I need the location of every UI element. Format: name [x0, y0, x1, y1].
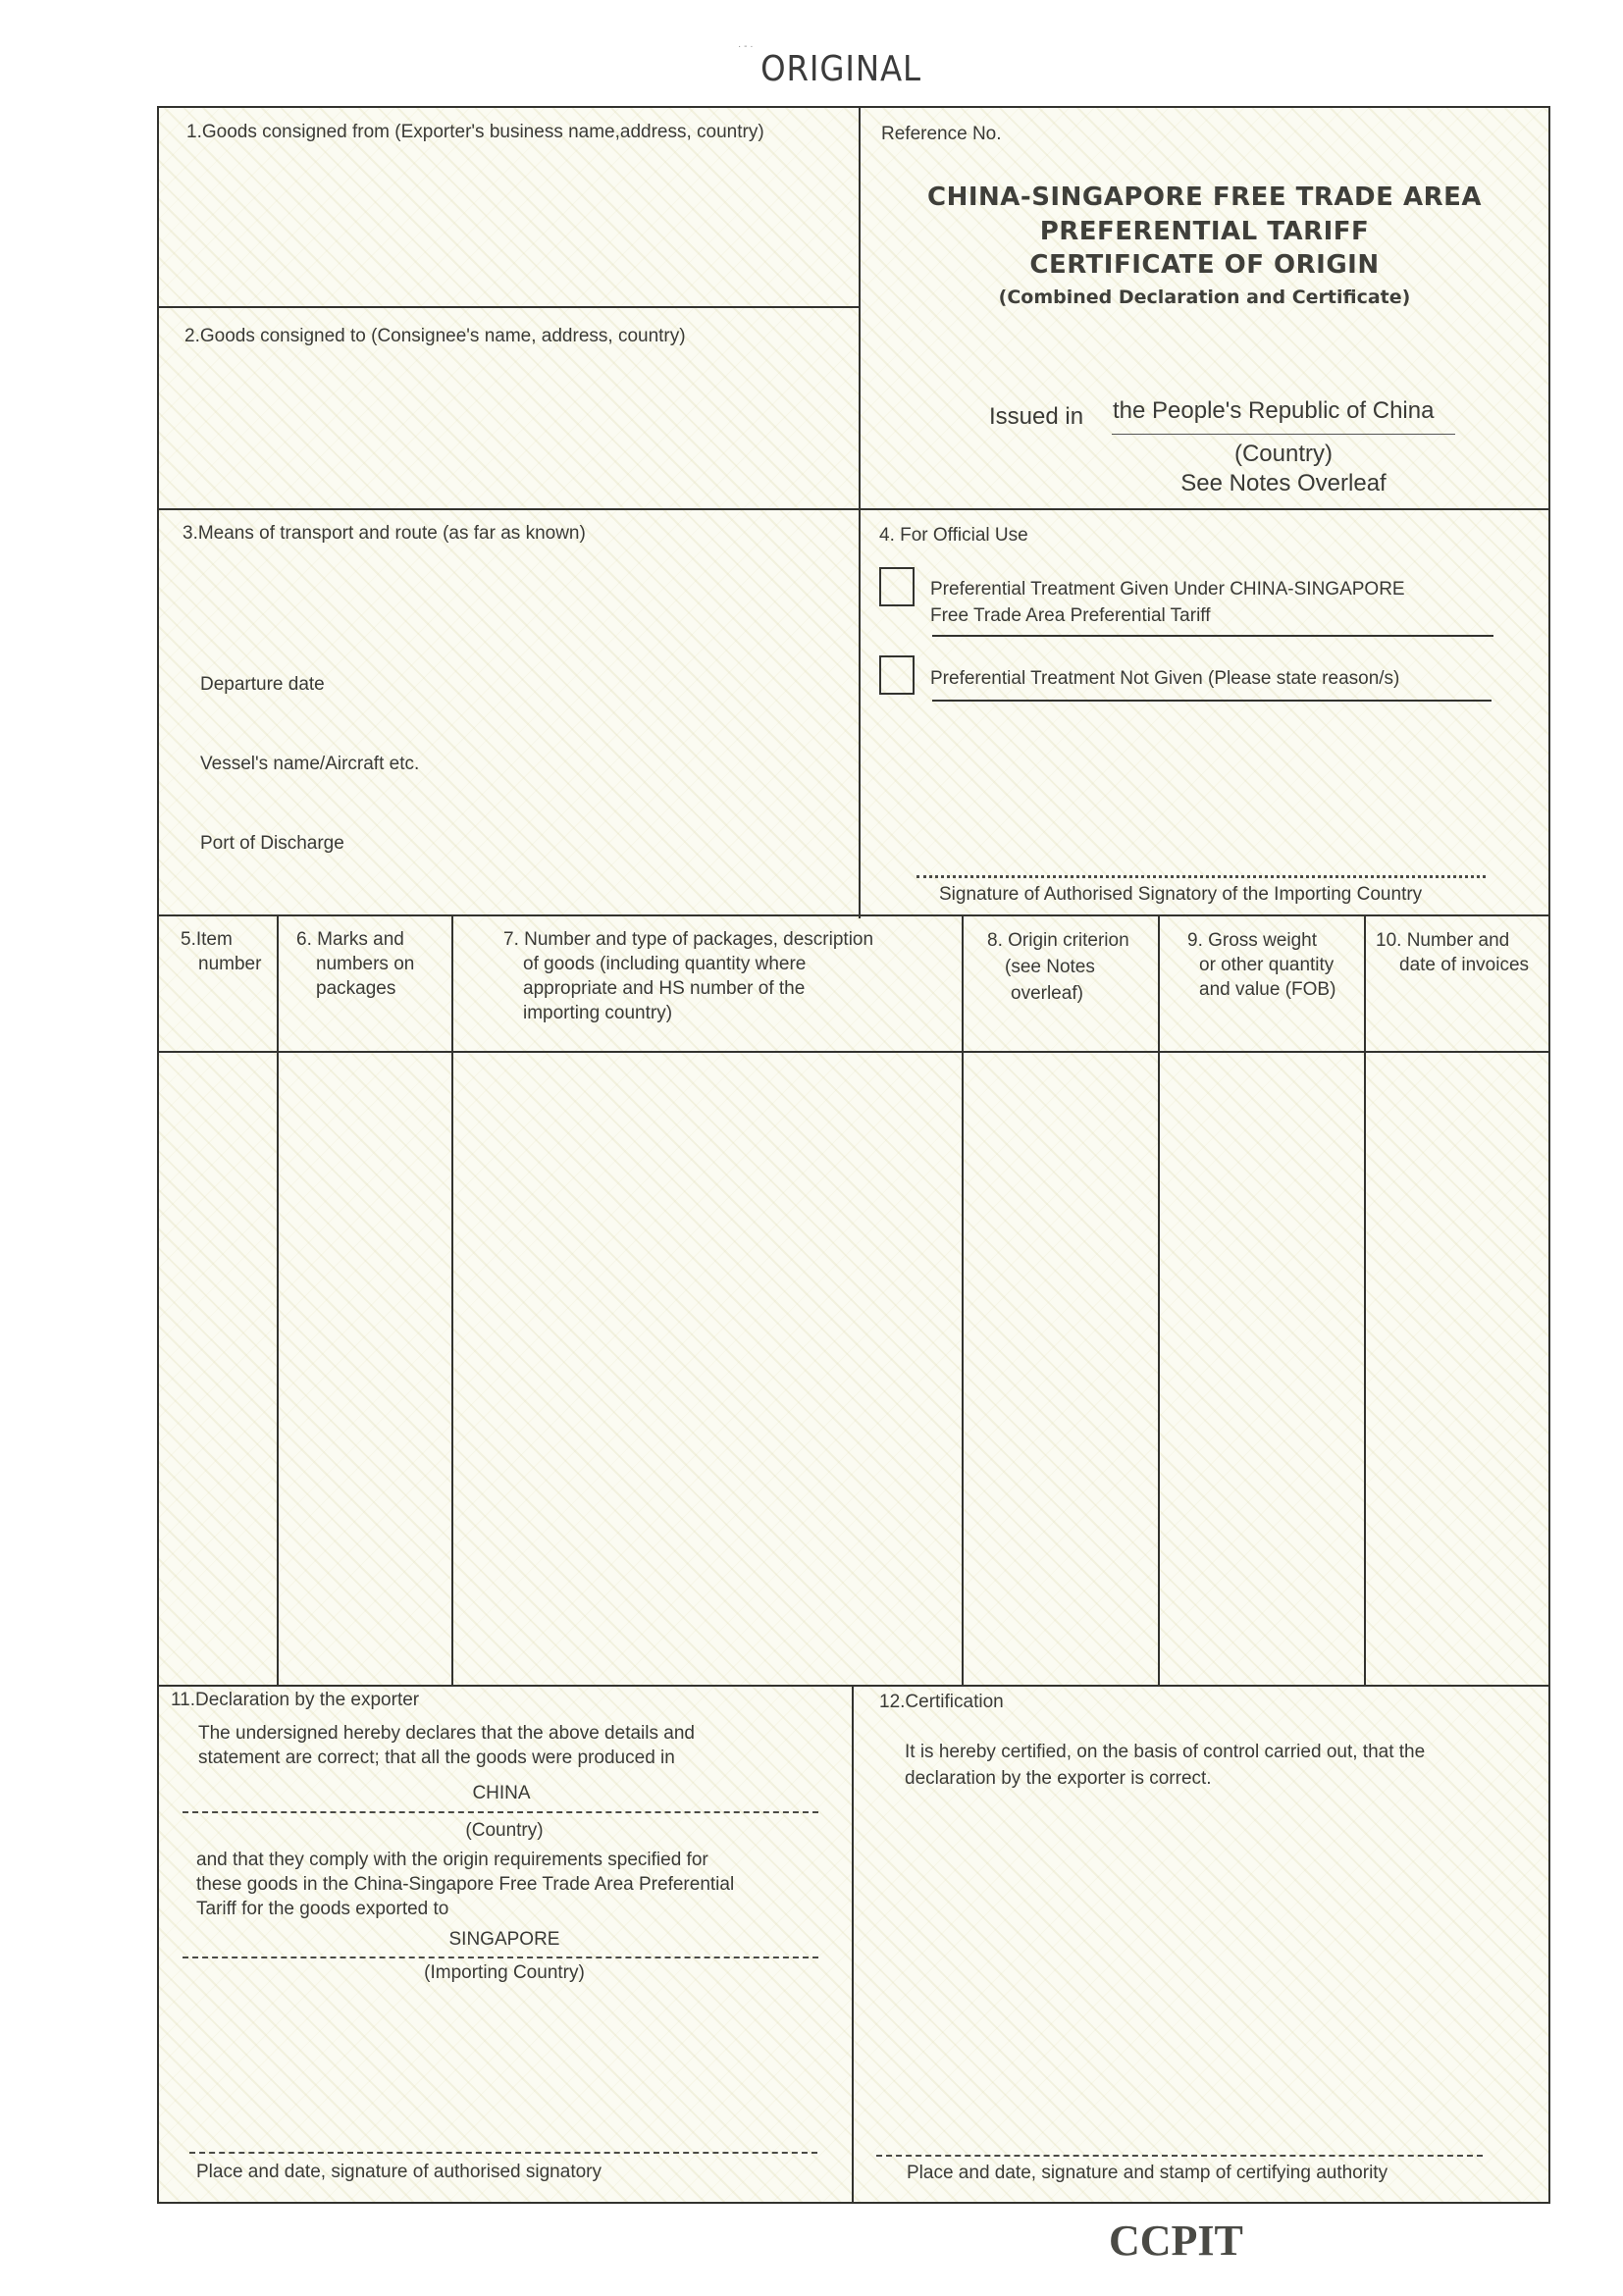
box11-para1-line2: statement are correct; that all the good… — [198, 1746, 675, 1770]
cell-gross-weight[interactable] — [1162, 1055, 1362, 1683]
col-header-marks: 6. Marks and numbers on packages — [296, 927, 453, 1001]
col-divider-4 — [1158, 914, 1160, 1686]
box1-exporter-field[interactable] — [162, 147, 854, 302]
box3-label: 3.Means of transport and route (as far a… — [183, 521, 586, 546]
cell-description[interactable] — [455, 1055, 960, 1683]
cell-marks[interactable] — [281, 1055, 449, 1683]
reference-number-field[interactable] — [1021, 116, 1531, 149]
col-header-item-number: 5.Item number — [181, 927, 274, 976]
box2-consignee-field[interactable] — [162, 353, 854, 504]
col-divider-2 — [451, 914, 453, 1686]
importing-signature-line — [916, 875, 1486, 878]
form-title-line3: CERTIFICATE OF ORIGIN — [859, 248, 1550, 283]
importing-country-caption: (Importing Country) — [183, 1960, 826, 1985]
importing-country-value: SINGAPORE — [183, 1927, 826, 1952]
box12-para-line1: It is hereby certified, on the basis of … — [905, 1740, 1425, 1764]
form-title-line1: CHINA-SINGAPORE FREE TRADE AREA — [859, 181, 1550, 215]
box11-para2-line2: these goods in the China-Singapore Free … — [196, 1872, 734, 1897]
producing-country-line — [183, 1811, 818, 1813]
cell-invoices[interactable] — [1368, 1055, 1548, 1683]
reference-label: Reference No. — [881, 122, 1002, 146]
box2-label: 2.Goods consigned to (Consignee's name, … — [184, 324, 686, 348]
option-given-line1: Preferential Treatment Given Under CHINA… — [930, 577, 1405, 601]
box1-label: 1.Goods consigned from (Exporter's busin… — [186, 120, 764, 144]
certifier-signature-line — [876, 2155, 1483, 2157]
form-title-line2: PREFERENTIAL TARIFF — [859, 215, 1550, 249]
issued-in-value: the People's Republic of China — [1113, 398, 1434, 423]
see-notes-overleaf: See Notes Overleaf — [1112, 471, 1455, 496]
col-divider-3 — [962, 914, 964, 1686]
importing-country-line — [183, 1957, 818, 1958]
option-given-line2: Free Trade Area Preferential Tariff — [930, 603, 1211, 628]
issued-in-label: Issued in — [989, 404, 1083, 429]
vessel-name-label: Vessel's name/Aircraft etc. — [200, 752, 419, 776]
original-stamp: ORIGINAL — [0, 49, 1623, 89]
certifier-signature-field[interactable] — [873, 1805, 1531, 2149]
col-header-origin-criterion: 8. Origin criterion (see Notes overleaf) — [987, 928, 1159, 1006]
checkbox-preferential-not-given[interactable] — [879, 655, 915, 695]
divider-bottom-middle — [852, 1685, 854, 2204]
box12-label: 12.Certification — [879, 1690, 1004, 1714]
option-not-given-underline — [932, 700, 1492, 702]
col-header-description: 7. Number and type of packages, descript… — [503, 927, 965, 1025]
box11-para2-line1: and that they comply with the origin req… — [196, 1848, 708, 1872]
box12-para-line2: declaration by the exporter is correct. — [905, 1766, 1212, 1791]
cell-item-number[interactable] — [161, 1055, 275, 1683]
exporter-signature-line — [189, 2152, 817, 2154]
exporter-signature-caption: Place and date, signature of authorised … — [196, 2160, 602, 2184]
producing-country-caption: (Country) — [183, 1818, 826, 1843]
departure-date-label: Departure date — [200, 672, 325, 697]
col-divider-1 — [277, 914, 279, 1686]
box11-para1-line1: The undersigned hereby declares that the… — [198, 1721, 695, 1746]
divider-row3 — [157, 914, 1550, 916]
col-divider-5 — [1364, 914, 1366, 1686]
divider-table-bottom — [157, 1685, 1550, 1687]
col-header-gross-weight: 9. Gross weight or other quantity and va… — [1187, 928, 1364, 1002]
exporter-signature-field[interactable] — [186, 2002, 824, 2149]
option-given-underline — [932, 635, 1493, 637]
importing-signature-caption: Signature of Authorised Signatory of the… — [939, 882, 1422, 907]
form-subtitle: (Combined Declaration and Certificate) — [859, 287, 1550, 308]
box11-label: 11.Declaration by the exporter — [171, 1688, 419, 1712]
cell-origin-criterion[interactable] — [966, 1055, 1156, 1683]
box4-label: 4. For Official Use — [879, 523, 1028, 548]
divider-table-header — [157, 1051, 1550, 1053]
col-header-invoices: 10. Number and date of invoices — [1376, 928, 1550, 977]
option-not-given: Preferential Treatment Not Given (Please… — [930, 666, 1399, 691]
certifier-signature-caption: Place and date, signature and stamp of c… — [907, 2161, 1387, 2185]
port-of-discharge-label: Port of Discharge — [200, 831, 344, 856]
box11-para2-line3: Tariff for the goods exported to — [196, 1897, 448, 1921]
issuer-mark: CCPIT — [1109, 2216, 1243, 2266]
checkbox-preferential-given[interactable] — [879, 567, 915, 606]
issued-in-country-caption: (Country) — [1112, 442, 1455, 466]
divider-box1-box2 — [157, 306, 860, 308]
producing-country-value: CHINA — [183, 1781, 820, 1805]
issued-in-underline — [1112, 434, 1455, 435]
divider-row2 — [157, 508, 1550, 510]
